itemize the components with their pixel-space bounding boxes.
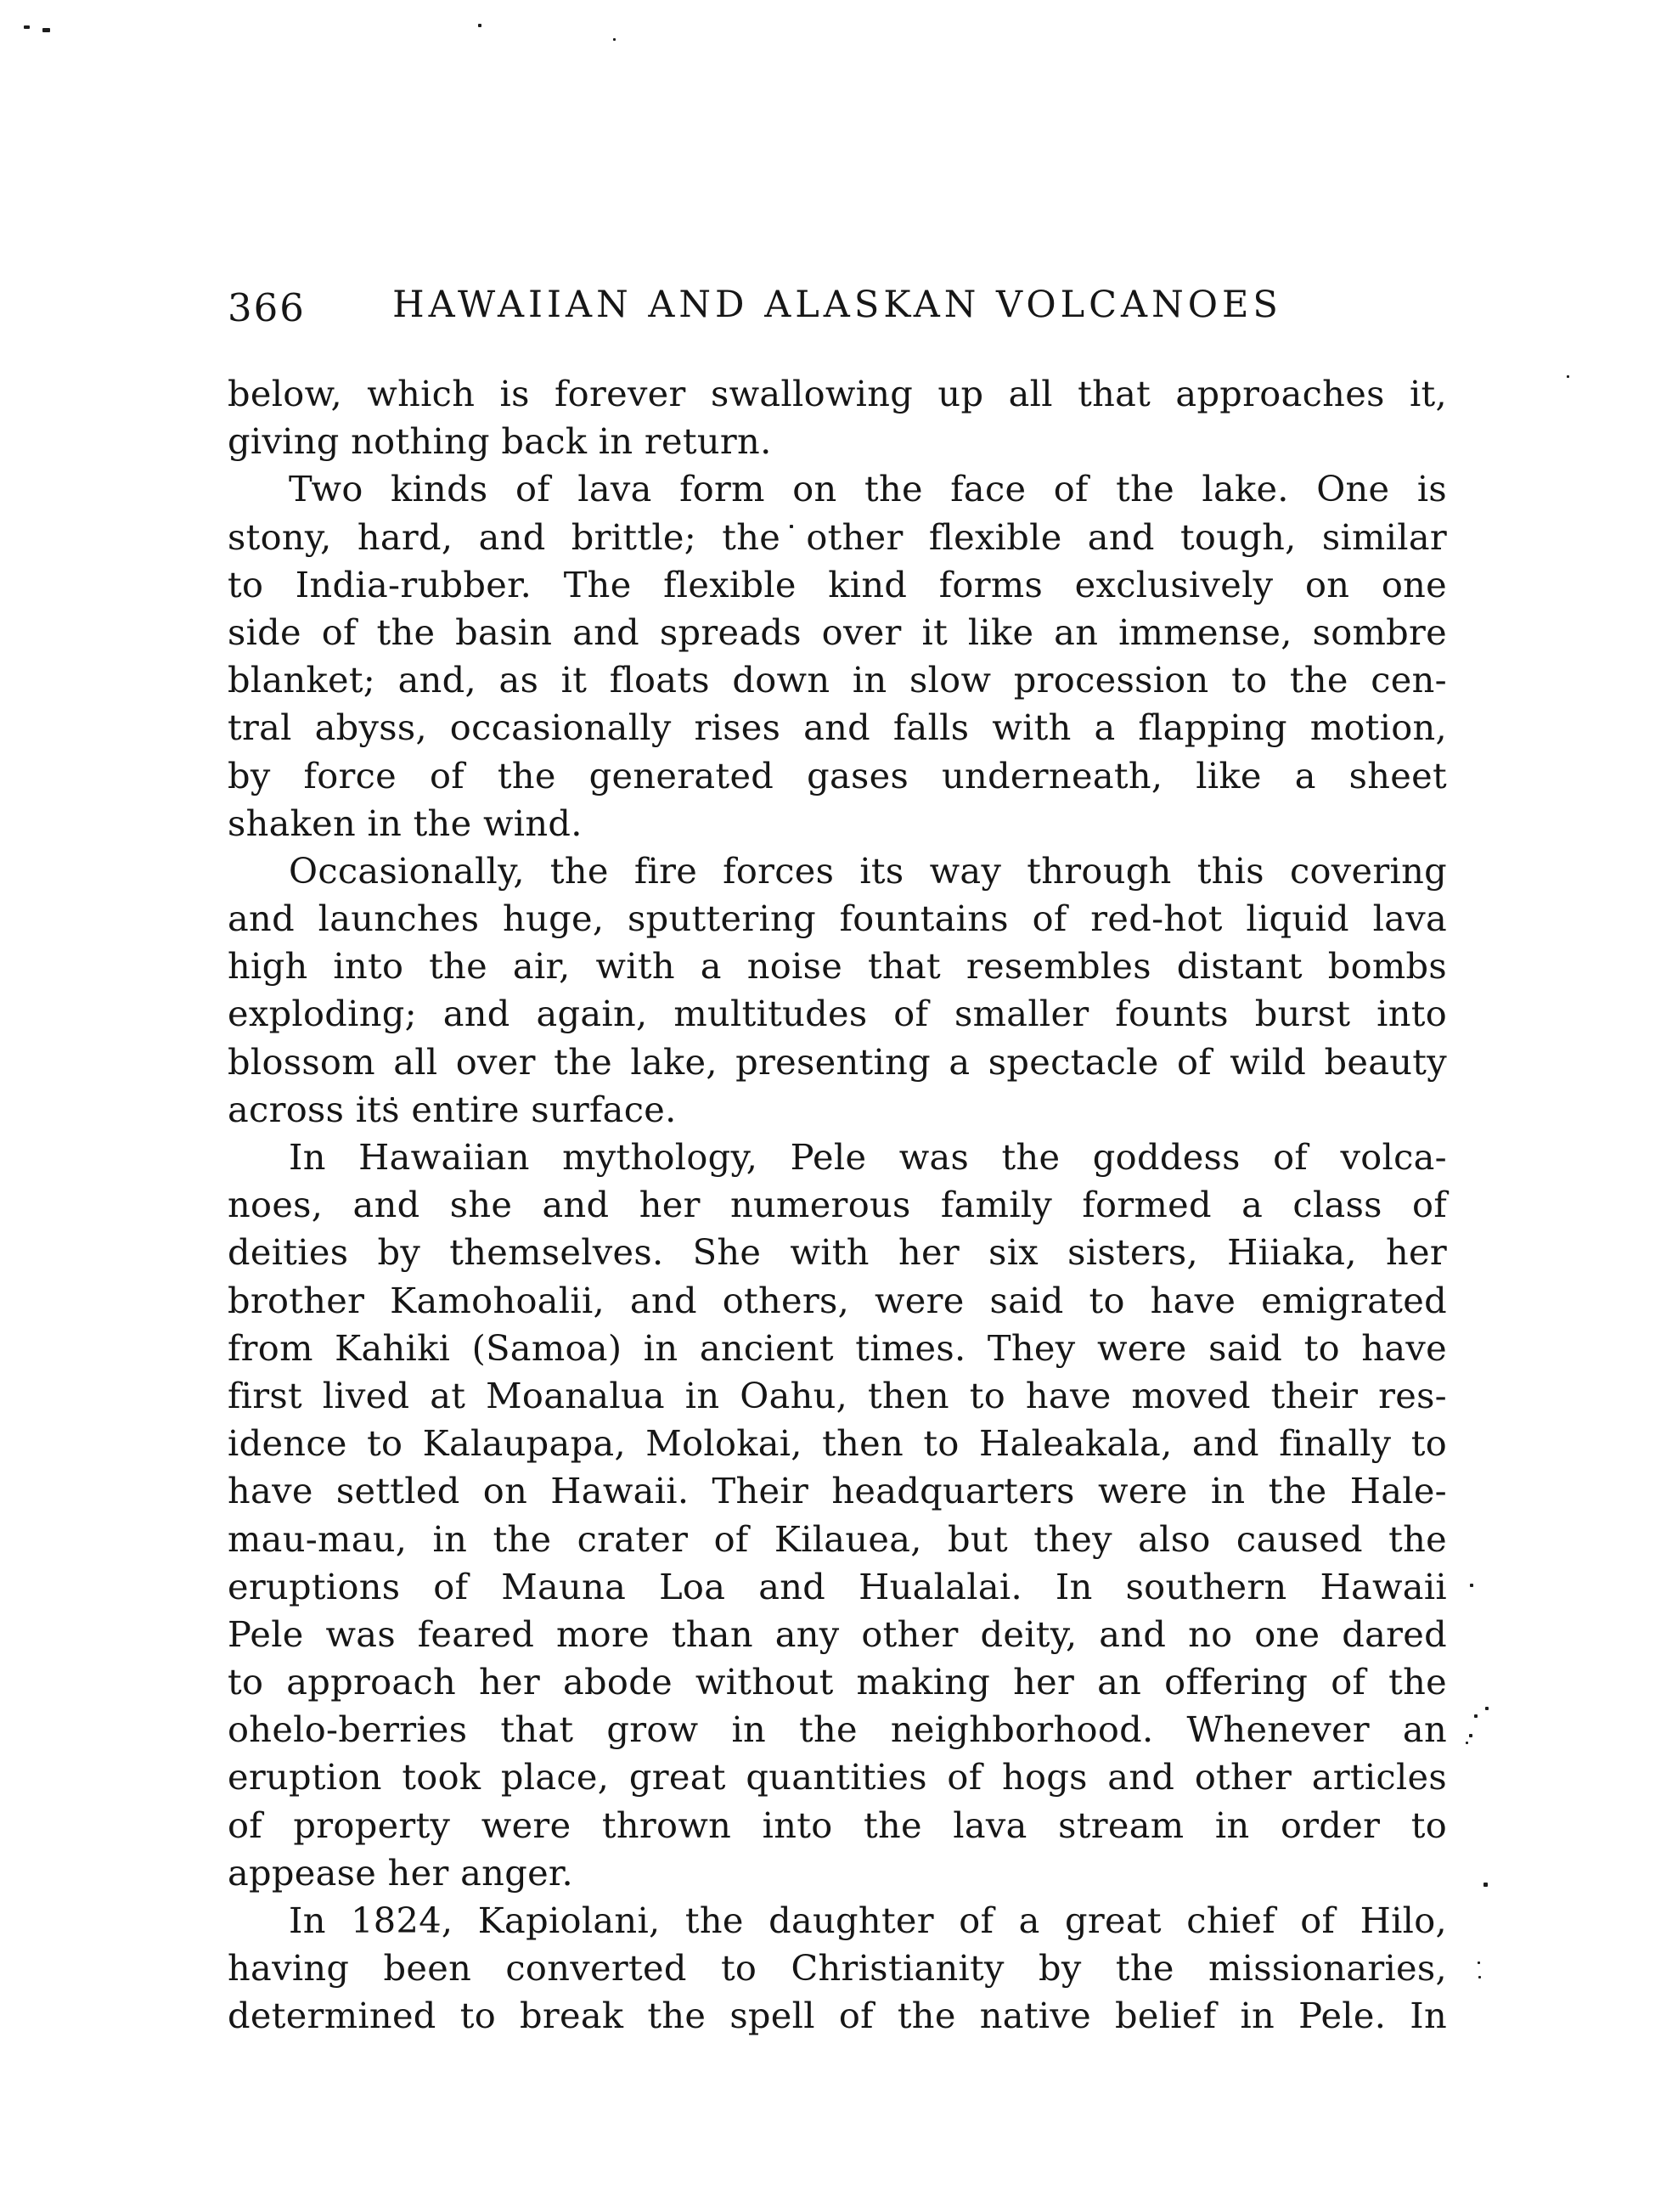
scan-speck [1470,1584,1473,1587]
text-line: shaken in the wind. [228,800,1447,847]
scan-speck [1474,1714,1478,1718]
scan-speck [478,24,481,27]
text-line: eruption took place, great quantities of… [228,1753,1447,1801]
running-head: 366 HAWAIIAN AND ALASKAN VOLCANOES [228,282,1447,333]
scan-speck [1483,1883,1488,1887]
text-line: having been converted to Christianity by… [228,1945,1447,1992]
text-line: of property were thrown into the lava st… [228,1802,1447,1849]
text-line: blanket; and, as it floats down in slow … [228,656,1447,704]
text-line: noes, and she and her numerous family fo… [228,1181,1447,1229]
scan-speck [1567,375,1569,378]
text-line: exploding; and again, multitudes of smal… [228,990,1447,1038]
text-line: appease her anger. [228,1849,1447,1897]
text-line: ohelo-berries that grow in the neighborh… [228,1706,1447,1753]
scan-speck [1469,1734,1472,1737]
text-line: deities by themselves. She with her six … [228,1229,1447,1276]
text-line: idence to Kalaupapa, Molokai, then to Ha… [228,1420,1447,1467]
page-title: HAWAIIAN AND ALASKAN VOLCANOES [228,282,1447,326]
text-line: determined to break the spell of the nat… [228,1992,1447,2040]
scan-speck [790,525,793,528]
text-line: and launches huge, sputtering fountains … [228,895,1447,943]
text-line: to India-rubber. The flexible kind forms… [228,561,1447,609]
text-line: side of the basin and spreads over it li… [228,609,1447,656]
scan-speck [613,38,616,41]
scan-speck [42,28,50,32]
scan-speck [24,25,30,29]
scan-speck [1485,1707,1489,1710]
text-line: across its entire surface. [228,1086,1447,1134]
text-line: to approach her abode without making her… [228,1658,1447,1706]
text-line: eruptions of Mauna Loa and Hualalai. In … [228,1563,1447,1611]
page-number: 366 [228,285,306,330]
text-line: tral abyss, occasionally rises and falls… [228,704,1447,751]
scan-speck [1466,1742,1468,1744]
text-line: Pele was feared more than any other deit… [228,1611,1447,1658]
text-line: In Hawaiian mythology, Pele was the godd… [228,1134,1447,1181]
text-line: Occasionally, the fire forces its way th… [228,847,1447,895]
text-line: stony, hard, and brittle; the other flex… [228,514,1447,561]
text-line: mau-mau, in the crater of Kilauea, but t… [228,1516,1447,1563]
scanned-book-page: 366 HAWAIIAN AND ALASKAN VOLCANOES below… [0,0,1672,2212]
text-line: from Kahiki (Samoa) in ancient times. Th… [228,1325,1447,1372]
text-line: high into the air, with a noise that res… [228,943,1447,990]
text-line: below, which is forever swallowing up al… [228,370,1447,418]
scan-speck [391,1097,394,1100]
text-line: giving nothing back in return. [228,418,1447,465]
scan-speck [1478,1976,1481,1978]
scan-speck [1478,1962,1480,1964]
text-line: first lived at Moanalua in Oahu, then to… [228,1372,1447,1420]
text-line: Two kinds of lava form on the face of th… [228,465,1447,513]
body-text: below, which is forever swallowing up al… [228,370,1447,2040]
text-line: by force of the generated gases undernea… [228,752,1447,800]
text-line: In 1824, Kapiolani, the daughter of a gr… [228,1897,1447,1945]
text-line: have settled on Hawaii. Their headquarte… [228,1467,1447,1515]
text-line: brother Kamohoalii, and others, were sai… [228,1277,1447,1325]
text-line: blossom all over the lake, presenting a … [228,1038,1447,1086]
